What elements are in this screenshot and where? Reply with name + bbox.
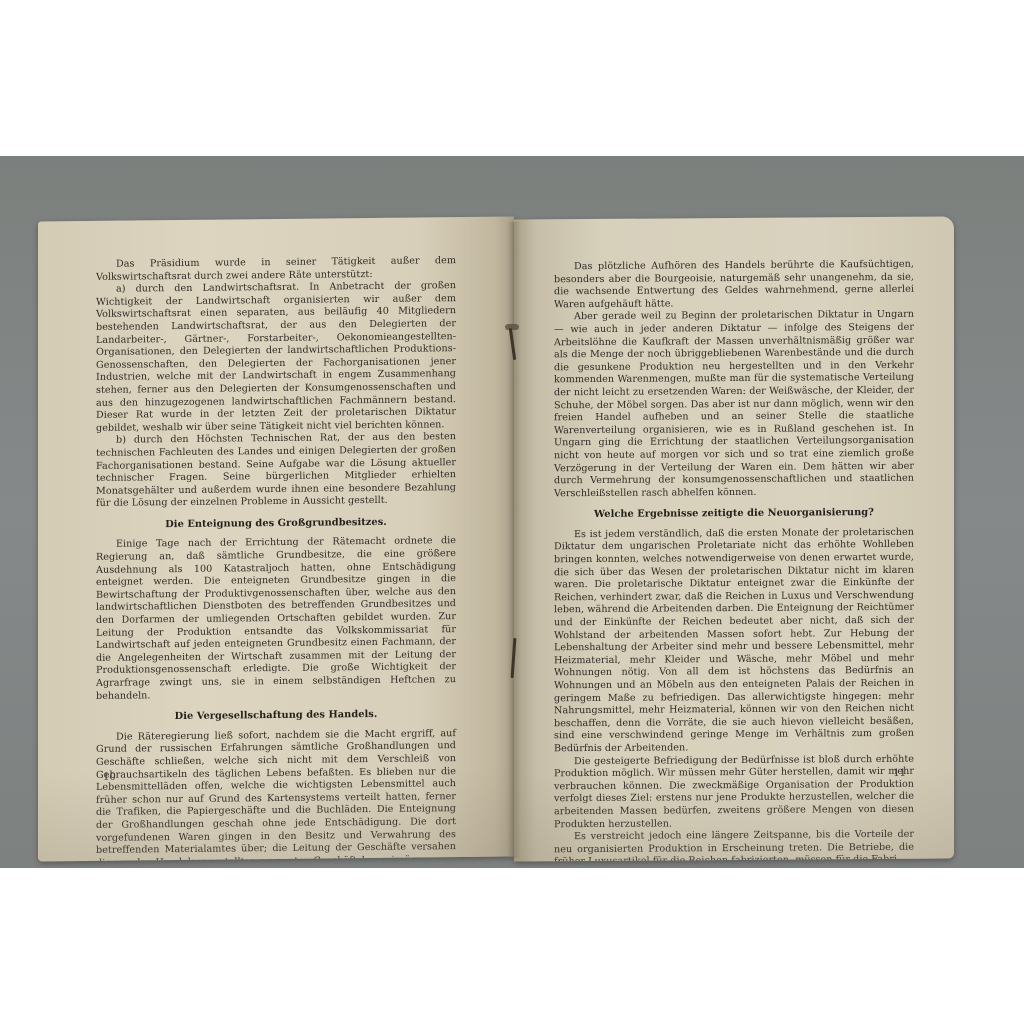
section-heading: Die Enteignung des Großgrundbesitzes. bbox=[96, 516, 456, 532]
paragraph: Aber gerade weil zu Beginn der proletari… bbox=[554, 309, 914, 500]
left-page: Das Präsidium wurde in seiner Tätigkeit … bbox=[38, 217, 514, 862]
staple-icon bbox=[511, 638, 517, 678]
paragraph: b) durch den Höchsten Technischen Rat, d… bbox=[96, 431, 456, 510]
section-heading: Welche Ergebnisse zeitigte die Neuorgani… bbox=[554, 507, 914, 522]
right-page: Das plötzliche Aufhören des Handels berü… bbox=[514, 216, 954, 861]
paragraph: Einige Tage nach der Errichtung der Räte… bbox=[96, 536, 456, 703]
paragraph: a) durch den Landwirtschaftsrat. In Anbe… bbox=[96, 280, 456, 435]
page-shadow bbox=[38, 767, 514, 862]
paragraph: Das Präsidium wurde in seiner Tätigkeit … bbox=[96, 255, 456, 284]
spine bbox=[511, 210, 521, 870]
paragraph: Es ist jedem verständlich, daß die erste… bbox=[554, 527, 914, 756]
page-shadow bbox=[514, 768, 954, 861]
paragraph: Das plötzliche Aufhören des Handels berü… bbox=[554, 259, 914, 312]
section-heading: Die Vergesellschaftung des Handels. bbox=[96, 708, 456, 724]
